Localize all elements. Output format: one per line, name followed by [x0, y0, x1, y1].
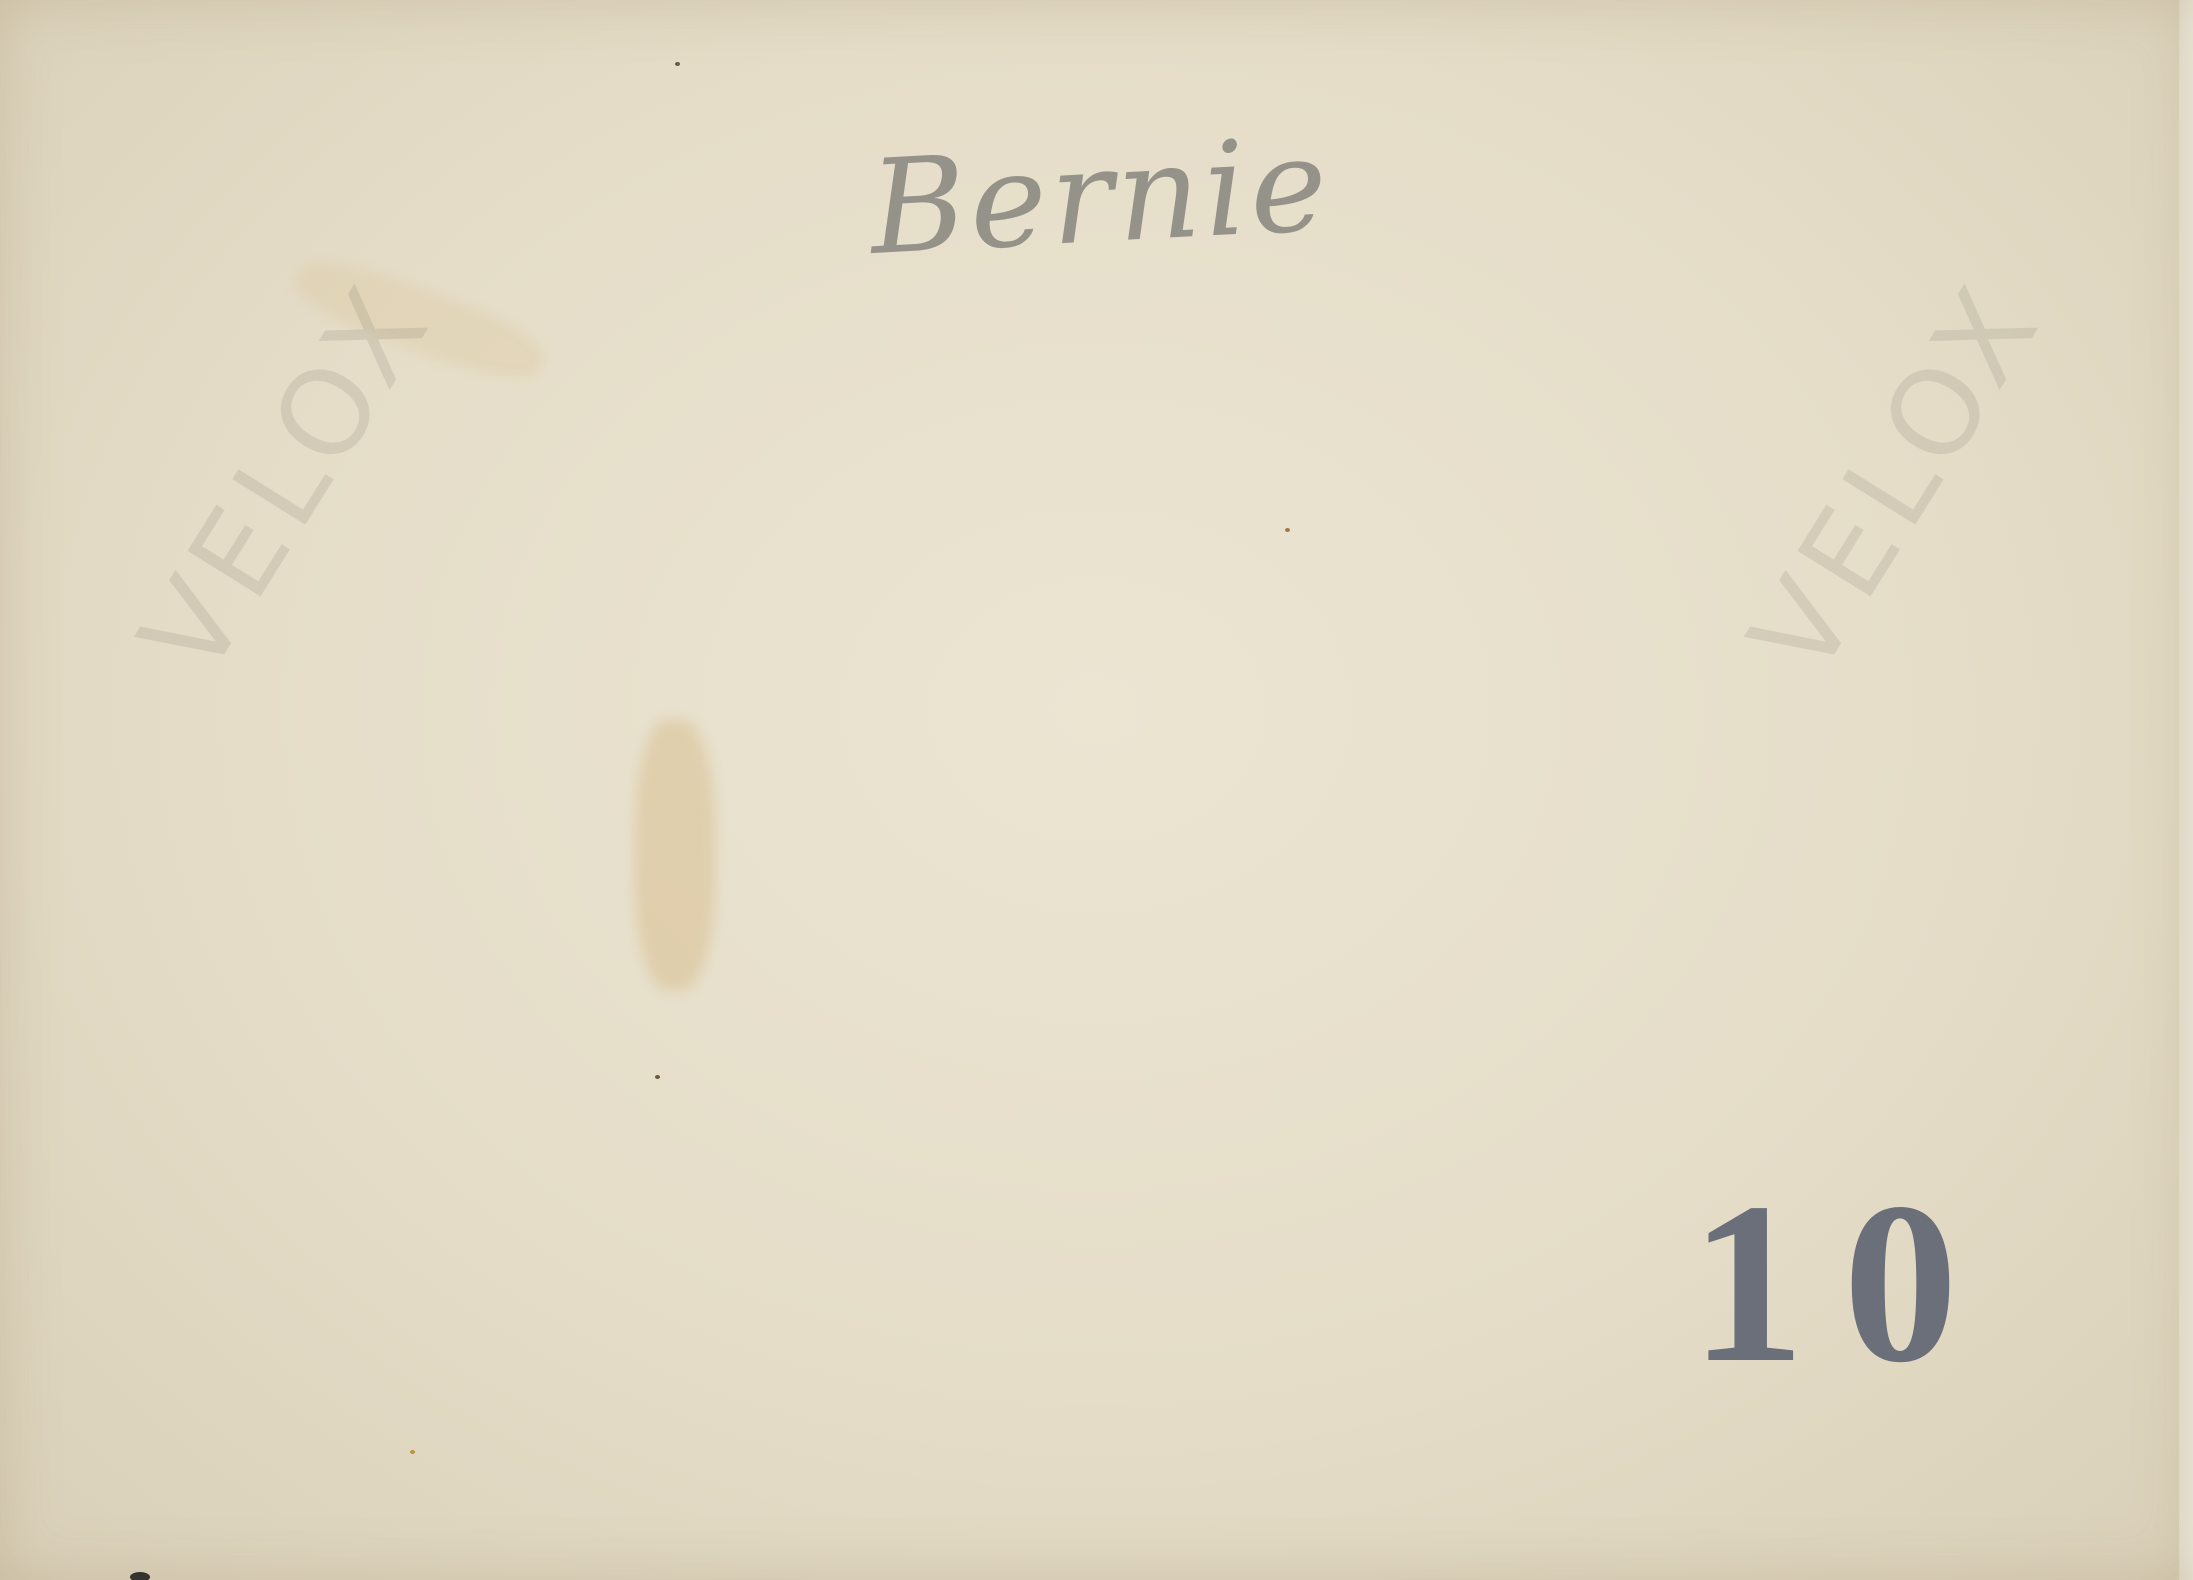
velox-watermark-left: VELOX: [113, 258, 459, 698]
speck: [410, 1450, 415, 1454]
speck: [675, 62, 680, 66]
handwritten-name: Bernie: [866, 108, 1334, 284]
speck: [1285, 528, 1290, 532]
speck: [655, 1075, 660, 1079]
stamped-number: 10: [1690, 1150, 1996, 1415]
velox-watermark-right: VELOX: [1723, 258, 2069, 698]
card-edge: [2179, 0, 2193, 1580]
speck: [130, 1572, 150, 1580]
photo-back-card: VELOX VELOX Bernie 10: [0, 0, 2193, 1580]
age-stain: [635, 720, 715, 990]
